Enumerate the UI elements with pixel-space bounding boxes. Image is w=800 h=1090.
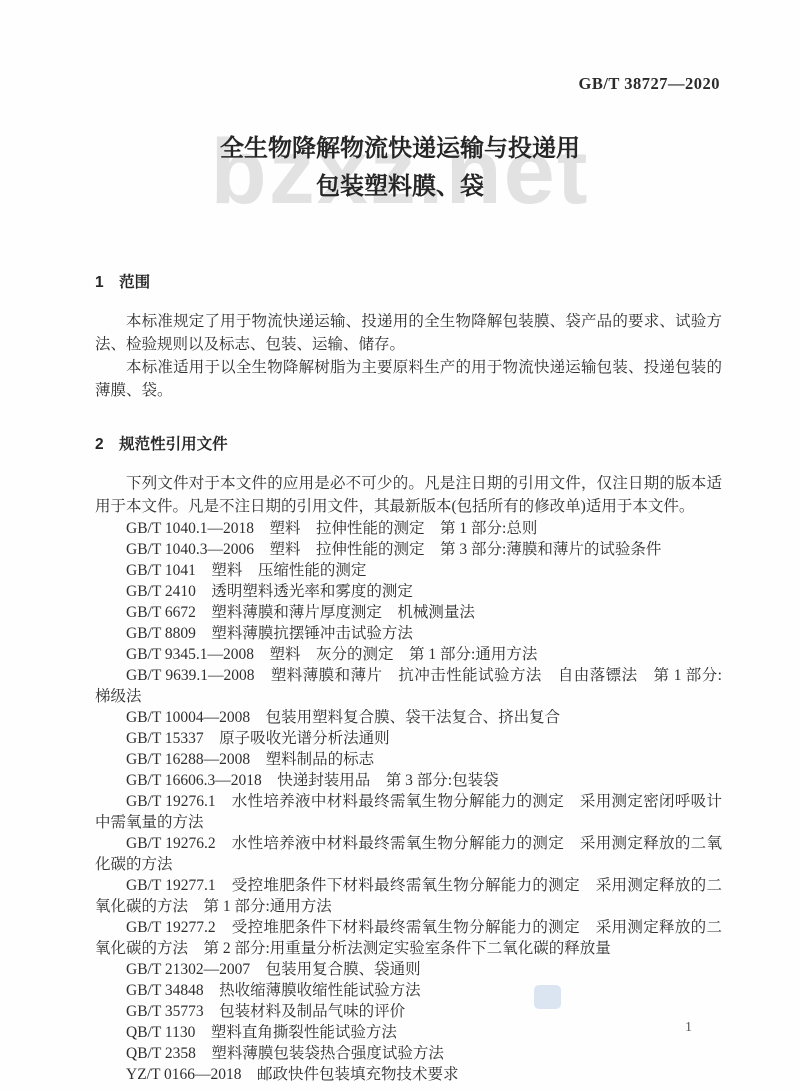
reference-item: GB/T 19277.1 受控堆肥条件下材料最终需氧生物分解能力的测定 采用测定… — [95, 875, 722, 917]
reference-item: GB/T 10004—2008 包装用塑料复合膜、袋干法复合、挤出复合 — [95, 707, 722, 728]
reference-item: GB/T 8809 塑料薄膜抗摆锤冲击试验方法 — [95, 623, 722, 644]
document-title-line-1: 全生物降解物流快递运输与投递用 — [0, 130, 800, 168]
reference-item: QB/T 2358 塑料薄膜包装袋热合强度试验方法 — [95, 1043, 722, 1064]
reference-item: GB/T 9639.1—2008 塑料薄膜和薄片 抗冲击性能试验方法 自由落镖法… — [95, 665, 722, 707]
reference-item: GB/T 9345.1—2008 塑料 灰分的测定 第 1 部分:通用方法 — [95, 644, 722, 665]
section-1-paragraph-1: 本标准规定了用于物流快递运输、投递用的全生物降解包装膜、袋产品的要求、试验方法、… — [95, 310, 722, 356]
document-page: GB/T 38727—2020 bzxz.net 全生物降解物流快递运输与投递用… — [0, 0, 800, 1090]
reference-item: GB/T 1041 塑料 压缩性能的测定 — [95, 560, 722, 581]
reference-item: GB/T 1040.3—2006 塑料 拉伸性能的测定 第 3 部分:薄膜和薄片… — [95, 539, 722, 560]
reference-item: GB/T 1040.1—2018 塑料 拉伸性能的测定 第 1 部分:总则 — [95, 518, 722, 539]
reference-item: GB/T 35773 包装材料及制品气味的评价 — [95, 1001, 722, 1022]
section-1-heading: 1 范围 — [95, 270, 722, 292]
reference-item: GB/T 16288—2008 塑料制品的标志 — [95, 749, 722, 770]
reference-item: GB/T 15337 原子吸收光谱分析法通则 — [95, 728, 722, 749]
reference-item: YZ/T 0166—2018 邮政快件包装填充物技术要求 — [95, 1064, 722, 1085]
reference-item: QB/T 1130 塑料直角撕裂性能试验方法 — [95, 1022, 722, 1043]
reference-item: GB/T 2410 透明塑料透光率和雾度的测定 — [95, 581, 722, 602]
reference-item: GB/T 19276.1 水性培养液中材料最终需氧生物分解能力的测定 采用测定密… — [95, 791, 722, 833]
reference-item: GB/T 6672 塑料薄膜和薄片厚度测定 机械测量法 — [95, 602, 722, 623]
reference-item: GB/T 34848 热收缩薄膜收缩性能试验方法 — [95, 980, 722, 1001]
document-title-line-2: 包装塑料膜、袋 — [0, 168, 800, 206]
reference-item: GB/T 19276.2 水性培养液中材料最终需氧生物分解能力的测定 采用测定释… — [95, 833, 722, 875]
reference-item: GB/T 16606.3—2018 快递封装用品 第 3 部分:包装袋 — [95, 770, 722, 791]
section-1-paragraph-2: 本标准适用于以全生物降解树脂为主要原料生产的用于物流快递运输包装、投递包装的薄膜… — [95, 356, 722, 402]
section-2-heading: 2 规范性引用文件 — [95, 432, 722, 454]
standard-number: GB/T 38727—2020 — [0, 0, 800, 94]
reference-item: GB/T 21302—2007 包装用复合膜、袋通则 — [95, 959, 722, 980]
document-content: 1 范围 本标准规定了用于物流快递运输、投递用的全生物降解包装膜、袋产品的要求、… — [0, 270, 800, 1085]
reference-item: GB/T 19277.2 受控堆肥条件下材料最终需氧生物分解能力的测定 采用测定… — [95, 917, 722, 959]
normative-references-list: GB/T 1040.1—2018 塑料 拉伸性能的测定 第 1 部分:总则 GB… — [95, 518, 722, 1085]
title-block: bzxz.net 全生物降解物流快递运输与投递用 包装塑料膜、袋 — [0, 130, 800, 226]
section-2-intro-paragraph: 下列文件对于本文件的应用是必不可少的。凡是注日期的引用文件，仅注日期的版本适用于… — [95, 472, 722, 518]
document-title: 全生物降解物流快递运输与投递用 包装塑料膜、袋 — [0, 130, 800, 206]
